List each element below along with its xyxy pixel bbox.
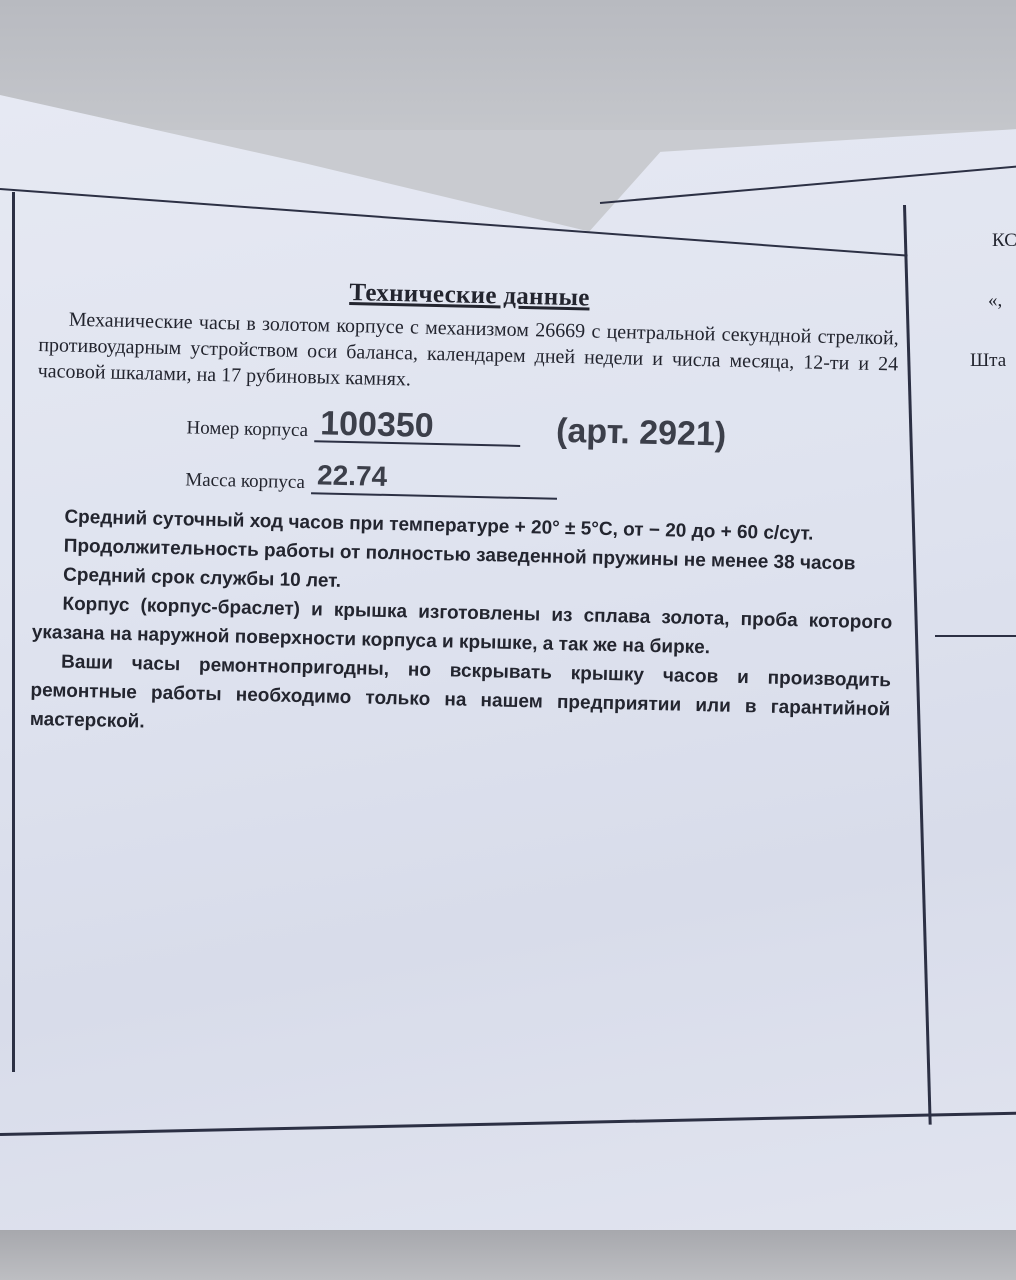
side-fragment-1: КС bbox=[992, 230, 1016, 252]
background-top bbox=[0, 0, 1016, 130]
tech-data-section: Технические данные Механические часы в з… bbox=[30, 272, 900, 753]
case-number-label: Номер корпуса bbox=[186, 417, 308, 442]
case-mass-value: 22.74 bbox=[311, 458, 558, 500]
article-number: (арт. 2921) bbox=[556, 414, 727, 452]
background-bottom bbox=[0, 1230, 1016, 1280]
frame-line-left bbox=[12, 192, 15, 1072]
specs-paragraphs: Средний суточный ход часов при температу… bbox=[30, 502, 895, 753]
case-number-value: 100350 bbox=[314, 406, 521, 447]
intro-paragraph: Механические часы в золотом корпусе с ме… bbox=[37, 306, 899, 403]
case-number-row: Номер корпуса 100350 (арт. 2921) bbox=[186, 403, 897, 455]
frame-line-right-panel bbox=[935, 635, 1016, 637]
case-mass-row: Масса корпуса 22.74 bbox=[185, 455, 896, 507]
side-fragment-2: «, bbox=[988, 290, 1016, 312]
case-mass-label: Масса корпуса bbox=[185, 469, 305, 494]
side-fragment-3: Шта bbox=[970, 350, 1016, 372]
side-panel-fragment: КС «, Шта bbox=[930, 230, 1016, 410]
